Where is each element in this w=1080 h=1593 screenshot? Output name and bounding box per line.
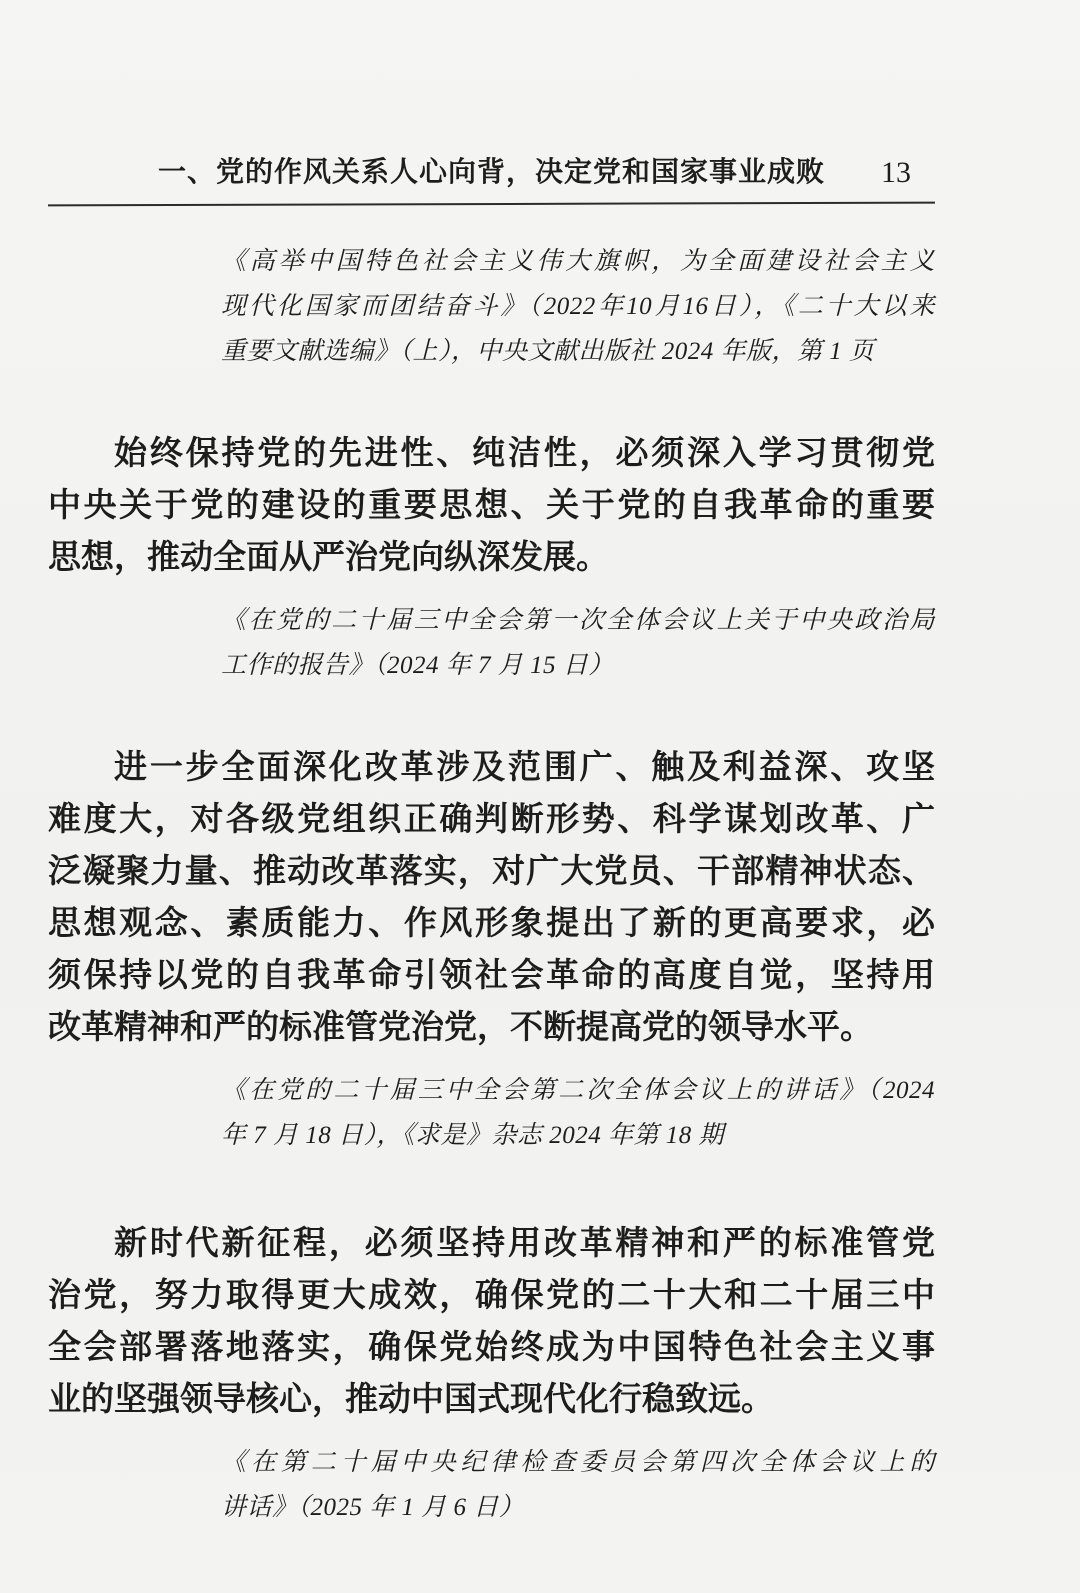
citation-block: 《在党的二十届三中全会第二次全体会议上的讲话》（2024 年 7 月 18 日）… bbox=[221, 1068, 935, 1158]
paragraph-line: 业的坚强领导核心，推动中国式现代化行稳致远。 bbox=[48, 1374, 935, 1426]
paragraph-line: 全会部署落地落实，确保党始终成为中国特色社会主义事 bbox=[48, 1322, 935, 1374]
citation-block: 《在党的二十届三中全会第一次全体会议上关于中央政治局 工作的报告》（2024 年… bbox=[221, 598, 935, 688]
citation-block: 《在第二十届中央纪律检查委员会第四次全体会议上的 讲话》（2025 年 1 月 … bbox=[221, 1440, 935, 1530]
citation-line: 《高举中国特色社会主义伟大旗帜，为全面建设社会主义 bbox=[221, 239, 935, 284]
citation-line: 重要文献选编》（上），中央文献出版社 2024 年版，第 1 页 bbox=[221, 329, 935, 374]
paragraph-line: 难度大，对各级党组织正确判断形势、科学谋划改革、广 bbox=[48, 794, 935, 846]
citation-line: 讲话》（2025 年 1 月 6 日） bbox=[221, 1485, 935, 1530]
paragraph-line: 须保持以党的自我革命引领社会革命的高度自觉，坚持用 bbox=[48, 950, 935, 1002]
paragraph-line: 思想，推动全面从严治党向纵深发展。 bbox=[48, 532, 935, 584]
citation-block: 《高举中国特色社会主义伟大旗帜，为全面建设社会主义 现代化国家而团结奋斗》（20… bbox=[221, 239, 935, 374]
paragraph-line: 始终保持党的先进性、纯洁性，必须深入学习贯彻党 bbox=[48, 428, 935, 480]
paragraph-line: 新时代新征程，必须坚持用改革精神和严的标准管党 bbox=[48, 1218, 935, 1270]
paragraph-line: 治党，努力取得更大成效，确保党的二十大和二十届三中 bbox=[48, 1270, 935, 1322]
citation-line: 《在党的二十届三中全会第二次全体会议上的讲话》（2024 bbox=[221, 1068, 935, 1113]
paragraph-line: 改革精神和严的标准管党治党，不断提高党的领导水平。 bbox=[48, 1002, 935, 1054]
citation-line: 工作的报告》（2024 年 7 月 15 日） bbox=[221, 643, 935, 688]
paragraph-line: 中央关于党的建设的重要思想、关于党的自我革命的重要 bbox=[48, 480, 935, 532]
running-header: 一、党的作风关系人心向背，决定党和国家事业成败 13 bbox=[48, 152, 935, 194]
paragraph-line: 泛凝聚力量、推动改革落实，对广大党员、干部精神状态、 bbox=[48, 846, 935, 898]
paragraph-block: 新时代新征程，必须坚持用改革精神和严的标准管党 治党，努力取得更大成效，确保党的… bbox=[48, 1218, 935, 1426]
page-number: 13 bbox=[881, 152, 911, 194]
header-divider bbox=[48, 202, 935, 207]
citation-line: 现代化国家而团结奋斗》（2022年10月16日），《二十大以来 bbox=[221, 284, 935, 329]
paragraph-line: 思想观念、素质能力、作风形象提出了新的更高要求，必 bbox=[48, 898, 935, 950]
paragraph-block: 始终保持党的先进性、纯洁性，必须深入学习贯彻党 中央关于党的建设的重要思想、关于… bbox=[48, 428, 935, 584]
citation-line: 《在第二十届中央纪律检查委员会第四次全体会议上的 bbox=[221, 1440, 935, 1485]
citation-line: 年 7 月 18 日），《求是》杂志 2024 年第 18 期 bbox=[221, 1113, 935, 1158]
paragraph-line: 进一步全面深化改革涉及范围广、触及利益深、攻坚 bbox=[48, 742, 935, 794]
citation-line: 《在党的二十届三中全会第一次全体会议上关于中央政治局 bbox=[221, 598, 935, 643]
chapter-title: 一、党的作风关系人心向背，决定党和国家事业成败 bbox=[48, 152, 935, 194]
book-page: 一、党的作风关系人心向背，决定党和国家事业成败 13 《高举中国特色社会主义伟大… bbox=[0, 0, 1080, 1593]
paragraph-block: 进一步全面深化改革涉及范围广、触及利益深、攻坚 难度大，对各级党组织正确判断形势… bbox=[48, 742, 935, 1054]
